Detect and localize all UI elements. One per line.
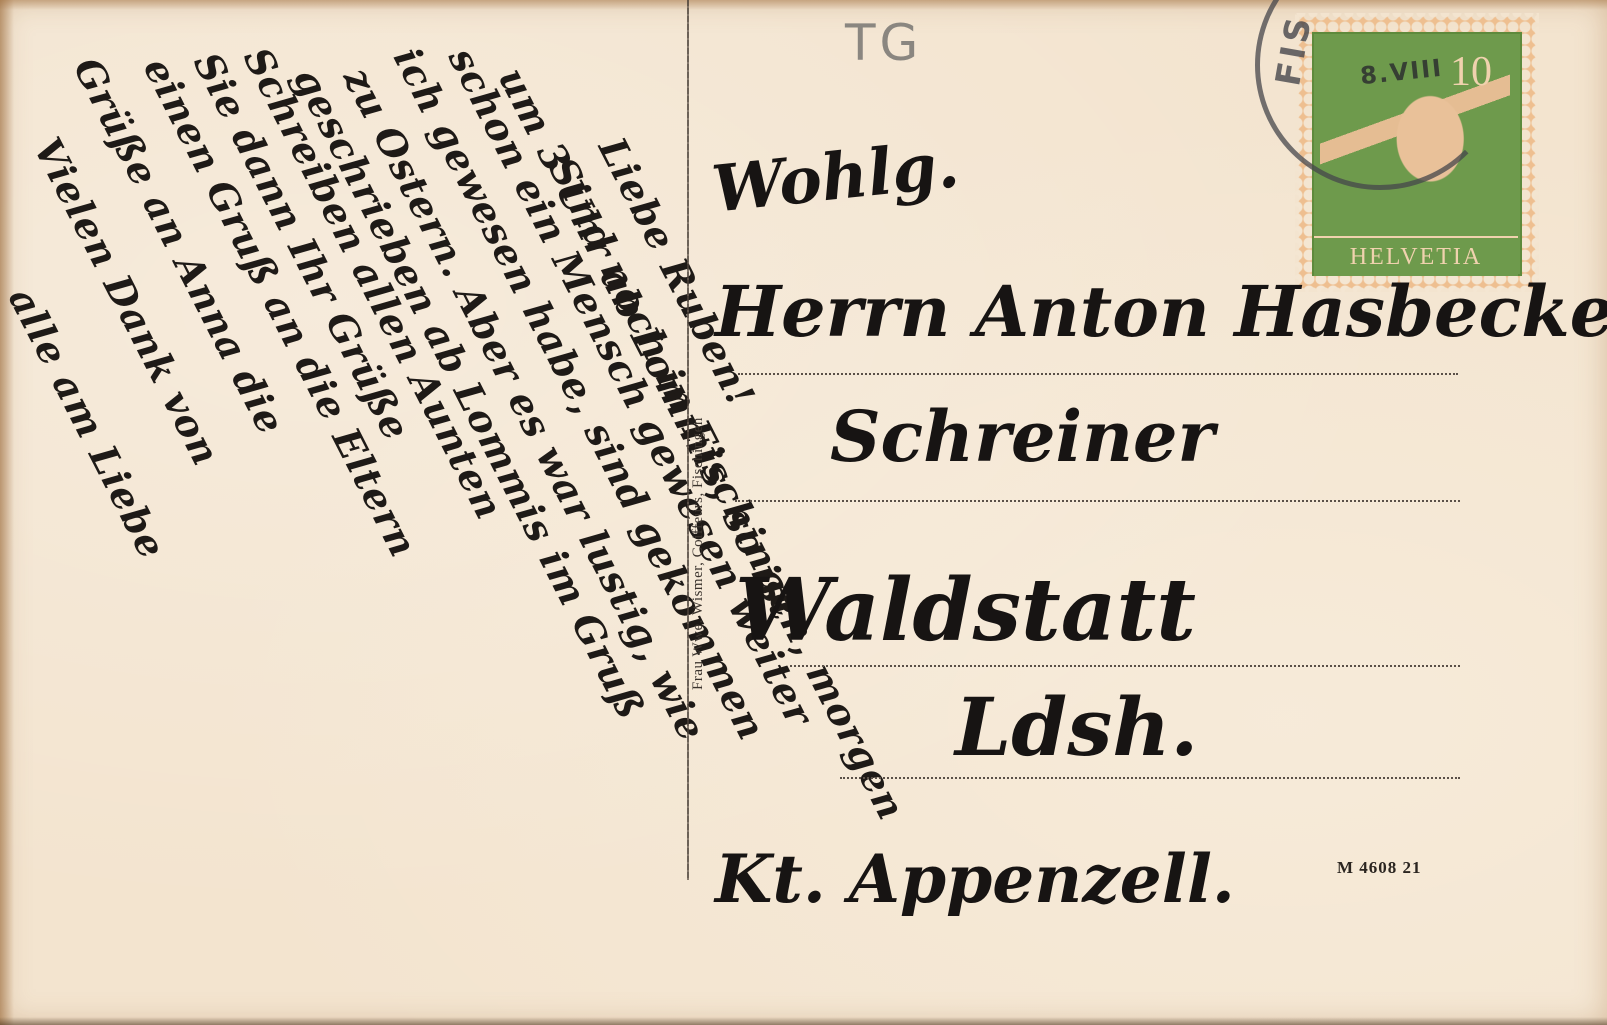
address-town: Waldstatt bbox=[735, 560, 1196, 661]
publisher-imprint: Frau Wwe. Wismer, Coiffeurs, Fischingen bbox=[690, 417, 707, 690]
address-salutation: Wohlg. bbox=[709, 127, 963, 227]
catalog-code: M 4608 21 bbox=[1337, 858, 1422, 878]
postcard: Liebe Ruben! Sind noch in Fischingen, mo… bbox=[0, 0, 1607, 1025]
address-line-3 bbox=[790, 665, 1460, 667]
pencil-note: TG bbox=[845, 14, 922, 72]
divider-line bbox=[687, 0, 689, 880]
card-edge-left bbox=[0, 0, 14, 1025]
address-line-2 bbox=[735, 500, 1460, 502]
address-line-1 bbox=[738, 373, 1458, 375]
card-edge-bottom bbox=[0, 1017, 1607, 1025]
address-name: Herrn Anton Hasbecker bbox=[715, 270, 1607, 353]
address-abbreviation: Ldsh. bbox=[955, 680, 1198, 774]
address-line-4 bbox=[840, 777, 1460, 779]
address-canton: Kt. Appenzell. bbox=[715, 840, 1235, 918]
handwritten-message: Liebe Ruben! Sind noch in Fischingen, mo… bbox=[20, 20, 670, 1010]
address-occupation: Schreiner bbox=[830, 395, 1214, 478]
